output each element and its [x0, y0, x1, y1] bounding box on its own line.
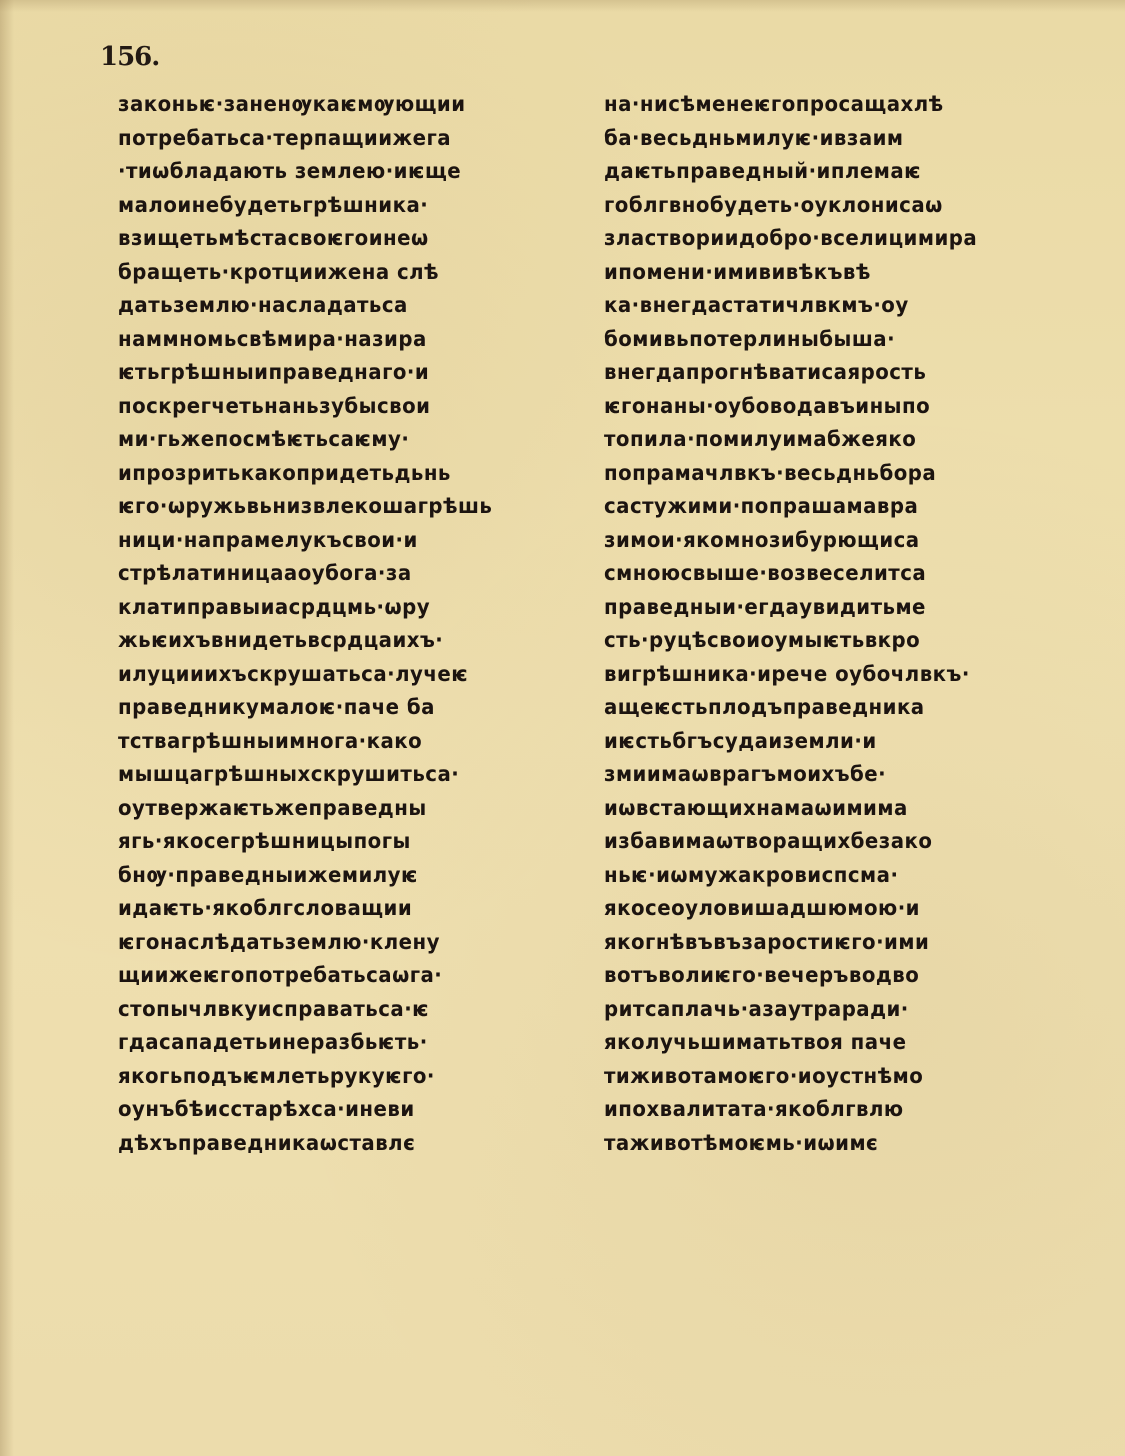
text-line: ипомени·имививѣкъвѣ — [604, 256, 1055, 290]
text-line: внегдапрогнѣватисаярость — [604, 356, 1055, 390]
text-line: ипохвалитата·якоблгвлю — [604, 1093, 1055, 1127]
text-line: бнѹ·праведныижемилуѥ — [118, 859, 532, 893]
page-left-edge-shadow — [0, 0, 14, 1456]
text-line: оунъбѣисстарѣхса·иневи — [118, 1093, 532, 1127]
text-line: ба·весьдньмилуѥ·ивзаим — [604, 122, 1055, 156]
text-line: иѡвстающихнамаѡимима — [604, 792, 1055, 826]
text-line: якосеоуловишадшюмою·и — [604, 892, 1055, 926]
text-line: ми·гьжепосмѣѥтьсаѥму· — [118, 423, 532, 457]
text-line: яколучьшиматьтвоя паче — [604, 1026, 1055, 1060]
text-line: взищетьмѣстасвоѥгоинеѡ — [118, 222, 532, 256]
text-line: таживотѣмоѥмь·иѡимє — [604, 1127, 1055, 1161]
text-line: избавимаѡтворащихбезако — [604, 825, 1055, 859]
text-line: ѥго·ѡружьвьнизвлекошагрѣшь — [118, 490, 532, 524]
text-line: якогнѣвъвъзаростиѥго·ими — [604, 926, 1055, 960]
text-line: клатиправыиасрдцмь·ѡру — [118, 591, 532, 625]
text-line: якогьподъѥмлетьрукуѥго· — [118, 1060, 532, 1094]
text-line: идаѥть·якоблгсловащии — [118, 892, 532, 926]
text-line: ягь·якосегрѣшницыпогы — [118, 825, 532, 859]
text-line: наммномьсвѣмира·назира — [118, 323, 532, 357]
text-line: оутвержаѥтьжеправедны — [118, 792, 532, 826]
text-line: гдасападетьинеразбьѥть· — [118, 1026, 532, 1060]
text-line: ѥтьгрѣшныиправеднаго·и — [118, 356, 532, 390]
text-line: ритсаплачь·азаутраради· — [604, 993, 1055, 1027]
text-line: жьѥихъвнидетьвсрдцаихъ· — [118, 624, 532, 658]
text-line: ници·напрамелукъсвои·и — [118, 524, 532, 558]
text-line: на·нисѣменеѥгопросащахлѣ — [604, 88, 1055, 122]
text-line: ньѥ·иѡмужакровиспсма· — [604, 859, 1055, 893]
text-line: ипрозритькакопридетьдьнь — [118, 457, 532, 491]
text-line: попрамачлвкъ·весьдньбора — [604, 457, 1055, 491]
text-line: стопычлвкуисправатьса·ѥ — [118, 993, 532, 1027]
text-line: поскрегчетьнаньзубысвои — [118, 390, 532, 424]
text-line: праведникумалоѥ·паче ба — [118, 691, 532, 725]
text-line: гоблгвнобудеть·оуклонисаѡ — [604, 189, 1055, 223]
text-line: ѥгонаны·оубоводавъиныпо — [604, 390, 1055, 424]
text-line: зластвориидобро·вселицимира — [604, 222, 1055, 256]
text-line: датьземлю·насладатьса — [118, 289, 532, 323]
text-line: бращеть·кротциижена слѣ — [118, 256, 532, 290]
text-line: праведныи·егдаувидитьме — [604, 591, 1055, 625]
text-line: иѥстьбгъсудаиземли·и — [604, 725, 1055, 759]
text-line: топила·помилуимабжеяко — [604, 423, 1055, 457]
text-line: стрѣлатиницааоубога·за — [118, 557, 532, 591]
text-line: ѥгонаслѣдатьземлю·клену — [118, 926, 532, 960]
text-line: сть·руцѣсвоиоумыѥтьвкро — [604, 624, 1055, 658]
text-line: ка·внегдастатичлвкмъ·оу — [604, 289, 1055, 323]
text-line: ·тиѡбладають землею·иѥще — [118, 155, 532, 189]
text-line: малоинебудетьгрѣшника· — [118, 189, 532, 223]
text-line: зимои·якомнозибурющиса — [604, 524, 1055, 558]
text-line: даѥтьправедный·иплемаѥ — [604, 155, 1055, 189]
text-line: мышцагрѣшныхскрушитьса· — [118, 758, 532, 792]
text-line: илуцииихъскрушатьса·лучеѥ — [118, 658, 532, 692]
text-line: законьѥ·заненѹкаѥмѹющии — [118, 88, 532, 122]
text-line: бомивьпотерлиныбыша· — [604, 323, 1055, 357]
text-line: тиживотамоѥго·иоустнѣмо — [604, 1060, 1055, 1094]
text-line: дѣхъправедникаѡставлє — [118, 1127, 532, 1161]
page-top-edge-shadow — [0, 0, 1125, 12]
text-line: потребатьса·терпащиижега — [118, 122, 532, 156]
text-line: тствагрѣшныимнога·како — [118, 725, 532, 759]
page-number: 156. — [100, 42, 159, 72]
text-line: смноюсвыше·возвеселитса — [604, 557, 1055, 591]
text-line: вотъволиѥго·вечеръводво — [604, 959, 1055, 993]
text-line: вигрѣшника·ирече оубочлвкъ· — [604, 658, 1055, 692]
text-line: ащеѥстьплодъправедника — [604, 691, 1055, 725]
text-line: змиимаѡврагъмоихъбе· — [604, 758, 1055, 792]
right-text-column: на·нисѣменеѥгопросащахлѣ ба·весьдньмилуѥ… — [604, 88, 1084, 1160]
text-line: щиижеѥгопотребатьсаѡга· — [118, 959, 532, 993]
left-text-column: законьѥ·заненѹкаѥмѹющии потребатьса·терп… — [118, 88, 558, 1160]
text-line: састужими·попрашамавра — [604, 490, 1055, 524]
